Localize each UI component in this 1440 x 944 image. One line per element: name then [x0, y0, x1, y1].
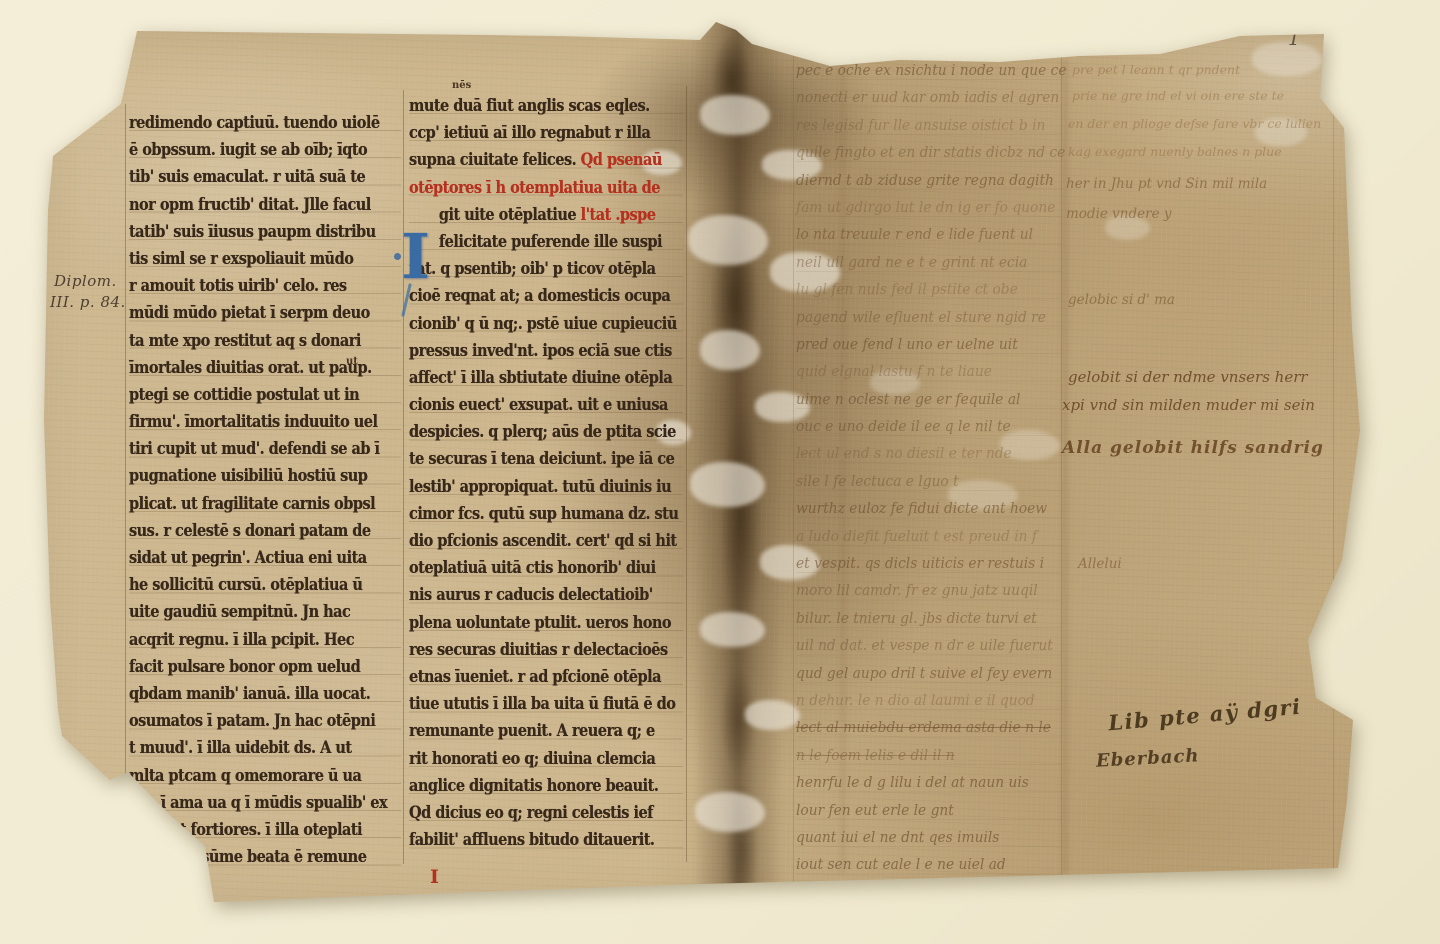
manuscript-text-line: facit pulsare bonor opm uelud	[129, 653, 368, 680]
manuscript-text-line: mute duā fiut anglis scas eqles.	[409, 92, 650, 119]
body-text: res securas diuitias r delectacioēs	[409, 640, 668, 659]
manuscript-text-line: cionib' q ū nq;. pstē uiue cupieuciū	[409, 310, 650, 337]
pen-trial-german-faint-1: her in Jhu pt vnd Sin mil mila	[1066, 176, 1267, 192]
faded-text-line: lect ul end s no diesil e ter nde	[796, 441, 1049, 468]
right-leaf-rule-left	[793, 56, 794, 884]
manuscript-text-line: redimendo captiuū. tuendo uiolē	[129, 109, 368, 136]
manuscript-text-line: t muud'. ī illa uidebit ds. A ut	[129, 734, 368, 761]
manuscript-text-line: ptegi se cottidie postulat ut in	[129, 381, 368, 408]
faded-header-line-3: en der en plioge defse fare vbr ce lulie…	[1068, 116, 1321, 131]
manuscript-text-line: cionis euect' exsupat. uit e uniusa	[409, 391, 650, 418]
photo-backdrop: redimendo captiuū. tuendo uiolēē obpssum…	[0, 0, 1440, 944]
manuscript-text-line: plena uoluntate ptulit. ueros hono	[409, 609, 650, 636]
manuscript-text-line: uite gaudiū sempitnū. Jn hac	[129, 598, 368, 625]
manuscript-text-line: anglice dignitatis honore beauit.	[409, 772, 650, 799]
body-text: etnas īueniet. r ad pfcionē otēpla	[409, 667, 661, 686]
manuscript-text-line: rat. q psentib; oib' p ticov otēpla	[409, 255, 650, 282]
faded-text-line: nonecti er uud kar omb iadis el agren	[796, 85, 1049, 112]
small-red-marginal-mark: Prob	[84, 782, 113, 795]
residue-patch	[1252, 42, 1322, 76]
faded-text-line: qud gel aupo dril t suive el fey evern	[796, 661, 1049, 688]
faded-text-line: sile l fe lectuca e lguo t	[796, 469, 1049, 496]
faded-text-line: iout sen cut eale l e ne uiel ad	[796, 852, 1049, 879]
faded-text-line: quile fingto et en dir statis dicbz nd c…	[796, 140, 1049, 167]
pen-trial-german-1: gelobit si der ndme vnsers herr	[1068, 368, 1308, 386]
manuscript-text-line: ē obpssum. iugit se ab oīb; īqto	[129, 136, 368, 163]
manuscript-text-line: ccp' ietiuū aī illo regnabut r illa	[409, 119, 650, 146]
left-leaf-text-column-1: redimendo captiuū. tuendo uiolēē obpssum…	[129, 109, 401, 870]
manuscript-text-line: ua uita q sūme beata ē remune	[129, 843, 368, 870]
manuscript-text-line: oteplatiuā uitā ctis honorib' diui	[409, 554, 650, 581]
body-text: mute duā fiut anglis scas eqles.	[409, 96, 650, 115]
manuscript-text-line: sidat ut pegrin'. Actiua eni uita	[129, 544, 368, 571]
body-text: cimor fcs. qutū sup humana dz. stu	[409, 504, 678, 523]
manuscript-text-line: mūdi mūdo pietat ī serpm deuo	[129, 299, 368, 326]
faded-text-line: pagend wile efluent el sture ngid re	[796, 305, 1049, 332]
faded-text-line: moro lil camdr. fr ez gnu jatz uuqil	[796, 578, 1049, 605]
body-text: rit honorati eo q; diuina clemcia	[409, 749, 655, 768]
manuscript-text-line: lestib' appropiquat. tutū diuinis iu	[409, 473, 650, 500]
residue-patch	[1255, 118, 1307, 146]
manuscript-bifolium: redimendo captiuū. tuendo uiolēē obpssum…	[0, 0, 1440, 944]
manuscript-text-line: mlta ptcam q omemorare ū ua	[129, 762, 368, 789]
body-text: tiue ututis ī illa ba uita ū fiutā ē do	[409, 694, 675, 713]
residue-patch	[688, 215, 768, 265]
faded-text-line: a ludo diefit fueluit t est preud in f	[796, 524, 1049, 551]
body-text: ccp' ietiuū aī illo regnabut r illa	[409, 123, 650, 142]
body-text: supna ciuitate felices.	[409, 150, 581, 169]
faded-text-line: bilur. le tnieru gl. jbs dicte turvi et	[796, 606, 1049, 633]
pen-trial-mark: 7	[948, 14, 958, 32]
faded-text-line: quant iui el ne dnt qes imuils	[796, 825, 1049, 852]
body-text: cioē reqnat at; a domesticis ocupa	[409, 286, 670, 305]
manuscript-text-line: he sollicitū cursū. otēplatiua ū	[129, 571, 368, 598]
body-text: remunante puenit. A reuera q; e	[409, 721, 655, 740]
manuscript-text-line: fabilit' affluens bitudo ditauerit.	[409, 826, 650, 853]
manuscript-text-line: ta mte xpo restitut aq s donari	[129, 327, 368, 354]
manuscript-text-line: git uite otēplatiue l'tat .pspe	[409, 201, 650, 228]
manuscript-text-line: cimor fcs. qutū sup humana dz. stu	[409, 500, 650, 527]
manuscript-text-line: etnas īueniet. r ad pfcionē otēpla	[409, 663, 650, 690]
residue-patch	[700, 330, 760, 370]
manuscript-text-line: remunante puenit. A reuera q; e	[409, 717, 650, 744]
faded-header-line-2: prie ne gre ind el vi oin ere ste te	[1072, 88, 1284, 103]
pen-trial-german-3: Alla gelobit hilfs sandrig	[1062, 438, 1324, 458]
faded-text-line: pred oue fend l uno er uelne uit	[796, 332, 1049, 359]
residue-patch	[745, 700, 800, 730]
faded-text-line: lo nta treuule r end e lide fuent ul	[796, 222, 1049, 249]
pencil-folio-number: 1	[1288, 28, 1300, 50]
residue-patch	[690, 462, 765, 507]
body-text: despicies. q plerq; aūs de ptita scie	[409, 422, 676, 441]
body-text: felicitate puferende ille suspi	[439, 232, 662, 251]
manuscript-text-line: tib' suis emaculat. r uitā suā te	[129, 163, 368, 190]
body-text: anglice dignitatis honore beauit.	[409, 776, 658, 795]
body-text: cionib' q ū nq;. pstē uiue cupieuciū	[409, 314, 677, 333]
faded-text-line: ouc e uno deide il ee q le nil te	[796, 414, 1049, 441]
faded-text-line: wurthz euloz fe fidui dicte ant hoew	[796, 496, 1049, 523]
right-leaf-faded-text-column: pec e oche ex nsichtu i node un que ceno…	[796, 58, 1062, 880]
manuscript-text-line: dio pfcionis ascendit. cert' qd si hit	[409, 527, 650, 554]
rubric-text: l'tat .pspe	[581, 205, 656, 224]
faded-text-line: neil uil gard ne e t e grint nt ecia	[796, 250, 1049, 277]
manuscript-text-line: nis aurus r caducis delectatioib'	[409, 581, 650, 608]
manuscript-text-line: pugnatione uisibiliū hostiū sup	[129, 462, 368, 489]
faded-text-line: fam ut gdirgo lut le dn ig er fo quone	[796, 195, 1049, 222]
parchment-shadow-wrapper: redimendo captiuū. tuendo uiolēē obpssum…	[0, 0, 1440, 944]
manuscript-text-line: stiterūt fortiores. ī illa oteplati	[129, 816, 368, 843]
residue-patch	[700, 612, 765, 647]
manuscript-text-line: tiri cupit ut mud'. defendi se ab ī	[129, 435, 368, 462]
manuscript-text-line: leo. ī ama ua q ī mūdis spualib' ex	[129, 789, 368, 816]
right-leaf-rule-right	[1333, 96, 1334, 870]
faded-text-line: uil nd dat. et vespe n dr e uile fuerut	[796, 633, 1049, 660]
manuscript-text-line: Qd dicius eo q; regni celestis ief	[409, 799, 650, 826]
faded-text-line: diernd t ab ziduse grite regna dagith	[796, 168, 1049, 195]
manuscript-text-line: otēptores ī h otemplatiua uita de	[409, 174, 650, 201]
body-text: oteplatiuā uitā ctis honorib' diui	[409, 558, 656, 577]
faded-text-line: lour fen eut erle le gnt	[796, 798, 1049, 825]
manuscript-text-line: sus. r celestē s donari patam de	[129, 517, 368, 544]
manuscript-text-line: r amouit totis uirib' celo. res	[129, 272, 368, 299]
pen-trial-german-2: xpi vnd sin milden muder mi sein	[1062, 396, 1315, 414]
binding-fold-gutter	[693, 0, 783, 944]
left-leaf-text-column-2: mute duā fiut anglis scas eqles.ccp' iet…	[409, 92, 683, 853]
interlinear-correction-nes: nēs	[452, 80, 471, 91]
manuscript-text-line: pressus inved'nt. ipos eciā sue ctis	[409, 337, 650, 364]
faded-text-line: quid elgnal lastu f n te liaue	[796, 359, 1049, 386]
manuscript-text-line: tiue ututis ī illa ba uita ū fiutā ē do	[409, 690, 650, 717]
faded-text-line: henrfu le d g lilu i del at naun uis	[796, 770, 1049, 797]
manuscript-text-line: nor opm fructib' ditat. Jlle facul	[129, 191, 368, 218]
residue-patch	[695, 792, 765, 832]
body-text: git uite otēplatiue	[439, 205, 581, 224]
illuminated-blue-initial: I	[401, 229, 435, 289]
pen-trial-german-faint-4: Allelui	[1078, 556, 1122, 572]
column-rule-left	[125, 104, 126, 878]
body-text: dio pfcionis ascendit. cert' qd si hit	[409, 531, 677, 550]
manuscript-text-line: tatib' suis īiusus paupm distribu	[129, 218, 368, 245]
body-text: pressus inved'nt. ipos eciā sue ctis	[409, 341, 672, 360]
manuscript-text-line: rit honorati eo q; diuina clemcia	[409, 745, 650, 772]
faded-text-line: et vespit. qs dicls uiticis er restuis i	[796, 551, 1049, 578]
body-text: Qd dicius eo q; regni celestis ief	[409, 803, 653, 822]
manuscript-text-line: tis siml se r exspoliauit mūdo	[129, 245, 368, 272]
manuscript-text-line: acqrit regnu. ī illa pcipit. Hec	[129, 626, 368, 653]
faded-text-line: lu gl fen nuls fed il pstite ct obe	[796, 277, 1049, 304]
manuscript-text-line: qbdam manib' ianuā. illa uocat.	[129, 680, 368, 707]
manuscript-text-line: cioē reqnat at; a domesticis ocupa	[409, 282, 650, 309]
body-text: nis aurus r caducis delectatioib'	[409, 585, 653, 604]
ownership-inscription-line1: Lib pte aÿ dgri	[1107, 694, 1302, 736]
library-reference-note-line1: Diplom.	[54, 272, 117, 290]
body-text: te securas ī tena deiciunt. ipe iā ce	[409, 449, 674, 468]
rubric-text: Qd psenaū	[581, 150, 662, 169]
body-text: fabilit' affluens bitudo ditauerit.	[409, 830, 654, 849]
pen-trial-german-faint-2: modie vndere y	[1066, 206, 1171, 222]
faded-text-line: pec e oche ex nsichtu i node un que ce	[796, 58, 1049, 85]
faded-header-line-1: pre pet l leann t qr pndent	[1072, 62, 1240, 77]
faded-text-line: n dehur. le n dio al laumi e il quod	[796, 688, 1049, 715]
manuscript-text-line: firmu'. īmortalitatis induuito uel	[129, 408, 368, 435]
manuscript-text-line: plicat. ut fragilitate carnis obpsl	[129, 490, 368, 517]
body-text: cionis euect' exsupat. uit e uniusa	[409, 395, 668, 414]
manuscript-text-line: te securas ī tena deiciunt. ipe iā ce	[409, 445, 650, 472]
manuscript-text-line: res securas diuitias r delectacioēs	[409, 636, 650, 663]
ownership-inscription-line2: Eberbach	[1096, 745, 1201, 771]
manuscript-text-line: despicies. q plerq; aūs de ptita scie	[409, 418, 650, 445]
manuscript-text-line: affect' ī illa sbtiutate diuine otēpla	[409, 364, 650, 391]
residue-patch	[700, 95, 770, 135]
manuscript-text-line: īmortales diuitias orat. ut paup.	[129, 354, 368, 381]
library-reference-note-line2: III. p. 84.	[50, 293, 126, 311]
faded-header-line-4: kag exegard nuenly balnes n plue	[1068, 144, 1282, 159]
faded-text-line: lect al muiebdu erdema asta die n le	[796, 715, 1049, 742]
body-text: affect' ī illa sbtiutate diuine otēpla	[409, 368, 672, 387]
pen-trial-german-faint-3: gelobic si d' ma	[1068, 292, 1175, 308]
red-folio-numeral: I	[430, 866, 439, 888]
faded-text-line: res legisd fur lle ansuise oistict b in	[796, 113, 1049, 140]
column-rule-right	[686, 86, 687, 862]
body-text: lestib' appropiquat. tutū diuinis iu	[409, 477, 671, 496]
manuscript-text-line: supna ciuitate felices. Qd psenaū	[409, 146, 650, 173]
column-rule-center	[403, 90, 404, 864]
manuscript-text-line: felicitate puferende ille suspi	[409, 228, 650, 255]
body-text: rat. q psentib; oib' p ticov otēpla	[409, 259, 656, 278]
rubric-text: otēptores ī h otemplatiua uita de	[409, 178, 660, 197]
faded-text-line: uime n oclest ne ge er fequile al	[796, 387, 1049, 414]
faded-text-line: n le foem lelis e dil il n	[796, 743, 1049, 770]
manuscript-text-line: osumatos ī patam. Jn hac otēpni	[129, 707, 368, 734]
residue-patch	[1105, 215, 1150, 240]
body-text: plena uoluntate ptulit. ueros hono	[409, 613, 671, 632]
